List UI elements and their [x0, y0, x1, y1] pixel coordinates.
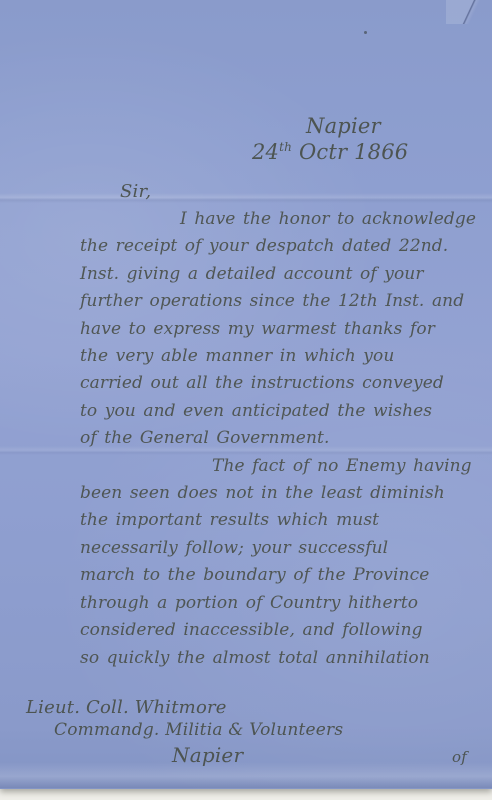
fold-crease-top [0, 193, 492, 203]
letter-body: I have the honor to acknowledge the rece… [80, 206, 480, 672]
body-line: to you and even anticipated the wishes [80, 398, 480, 425]
folded-corner [446, 0, 492, 24]
recipient-title: Commandg. Militia & Volunteers [54, 720, 343, 740]
body-line: The fact of no Enemy having [80, 453, 480, 480]
body-line: necessarily follow; your successful [80, 535, 480, 562]
body-line: through a portion of Country hitherto [80, 590, 480, 617]
page-catchword: of [452, 748, 467, 766]
body-line: have to express my warmest thanks for [80, 316, 480, 343]
body-line: of the General Government. [80, 425, 480, 452]
body-line: so quickly the almost total annihilation [80, 645, 480, 672]
body-line: the receipt of your despatch dated 22nd. [80, 233, 480, 260]
body-line: march to the boundary of the Province [80, 562, 480, 589]
date-day: 24 [252, 140, 279, 164]
body-line: the important results which must [80, 507, 480, 534]
letter-place-heading: Napier [306, 114, 381, 138]
recipient-name: Lieut. Coll. Whitmore [26, 697, 227, 718]
body-line: Inst. giving a detailed account of your [80, 261, 480, 288]
body-line: the very able manner in which you [80, 343, 480, 370]
date-month: Octr [299, 140, 347, 164]
body-line: carried out all the instructions conveye… [80, 370, 480, 397]
body-line: been seen does not in the least diminish [80, 480, 480, 507]
paper-speck [364, 31, 367, 34]
fold-crease-bottom [0, 762, 492, 788]
salutation: Sir, [120, 181, 151, 202]
date-day-suffix: th [279, 140, 292, 154]
blue-letter-paper: Napier 24th Octr 1866 Sir, I have the ho… [0, 0, 492, 789]
letter-date: 24th Octr 1866 [252, 140, 408, 164]
body-line: further operations since the 12th Inst. … [80, 288, 480, 315]
body-line: I have the honor to acknowledge [80, 206, 480, 233]
scanned-letter-page: { "page": { "background_color": "#efeee9… [0, 0, 492, 800]
body-line: considered inaccessible, and following [80, 617, 480, 644]
date-year: 1866 [354, 140, 408, 164]
recipient-place: Napier [172, 743, 243, 767]
